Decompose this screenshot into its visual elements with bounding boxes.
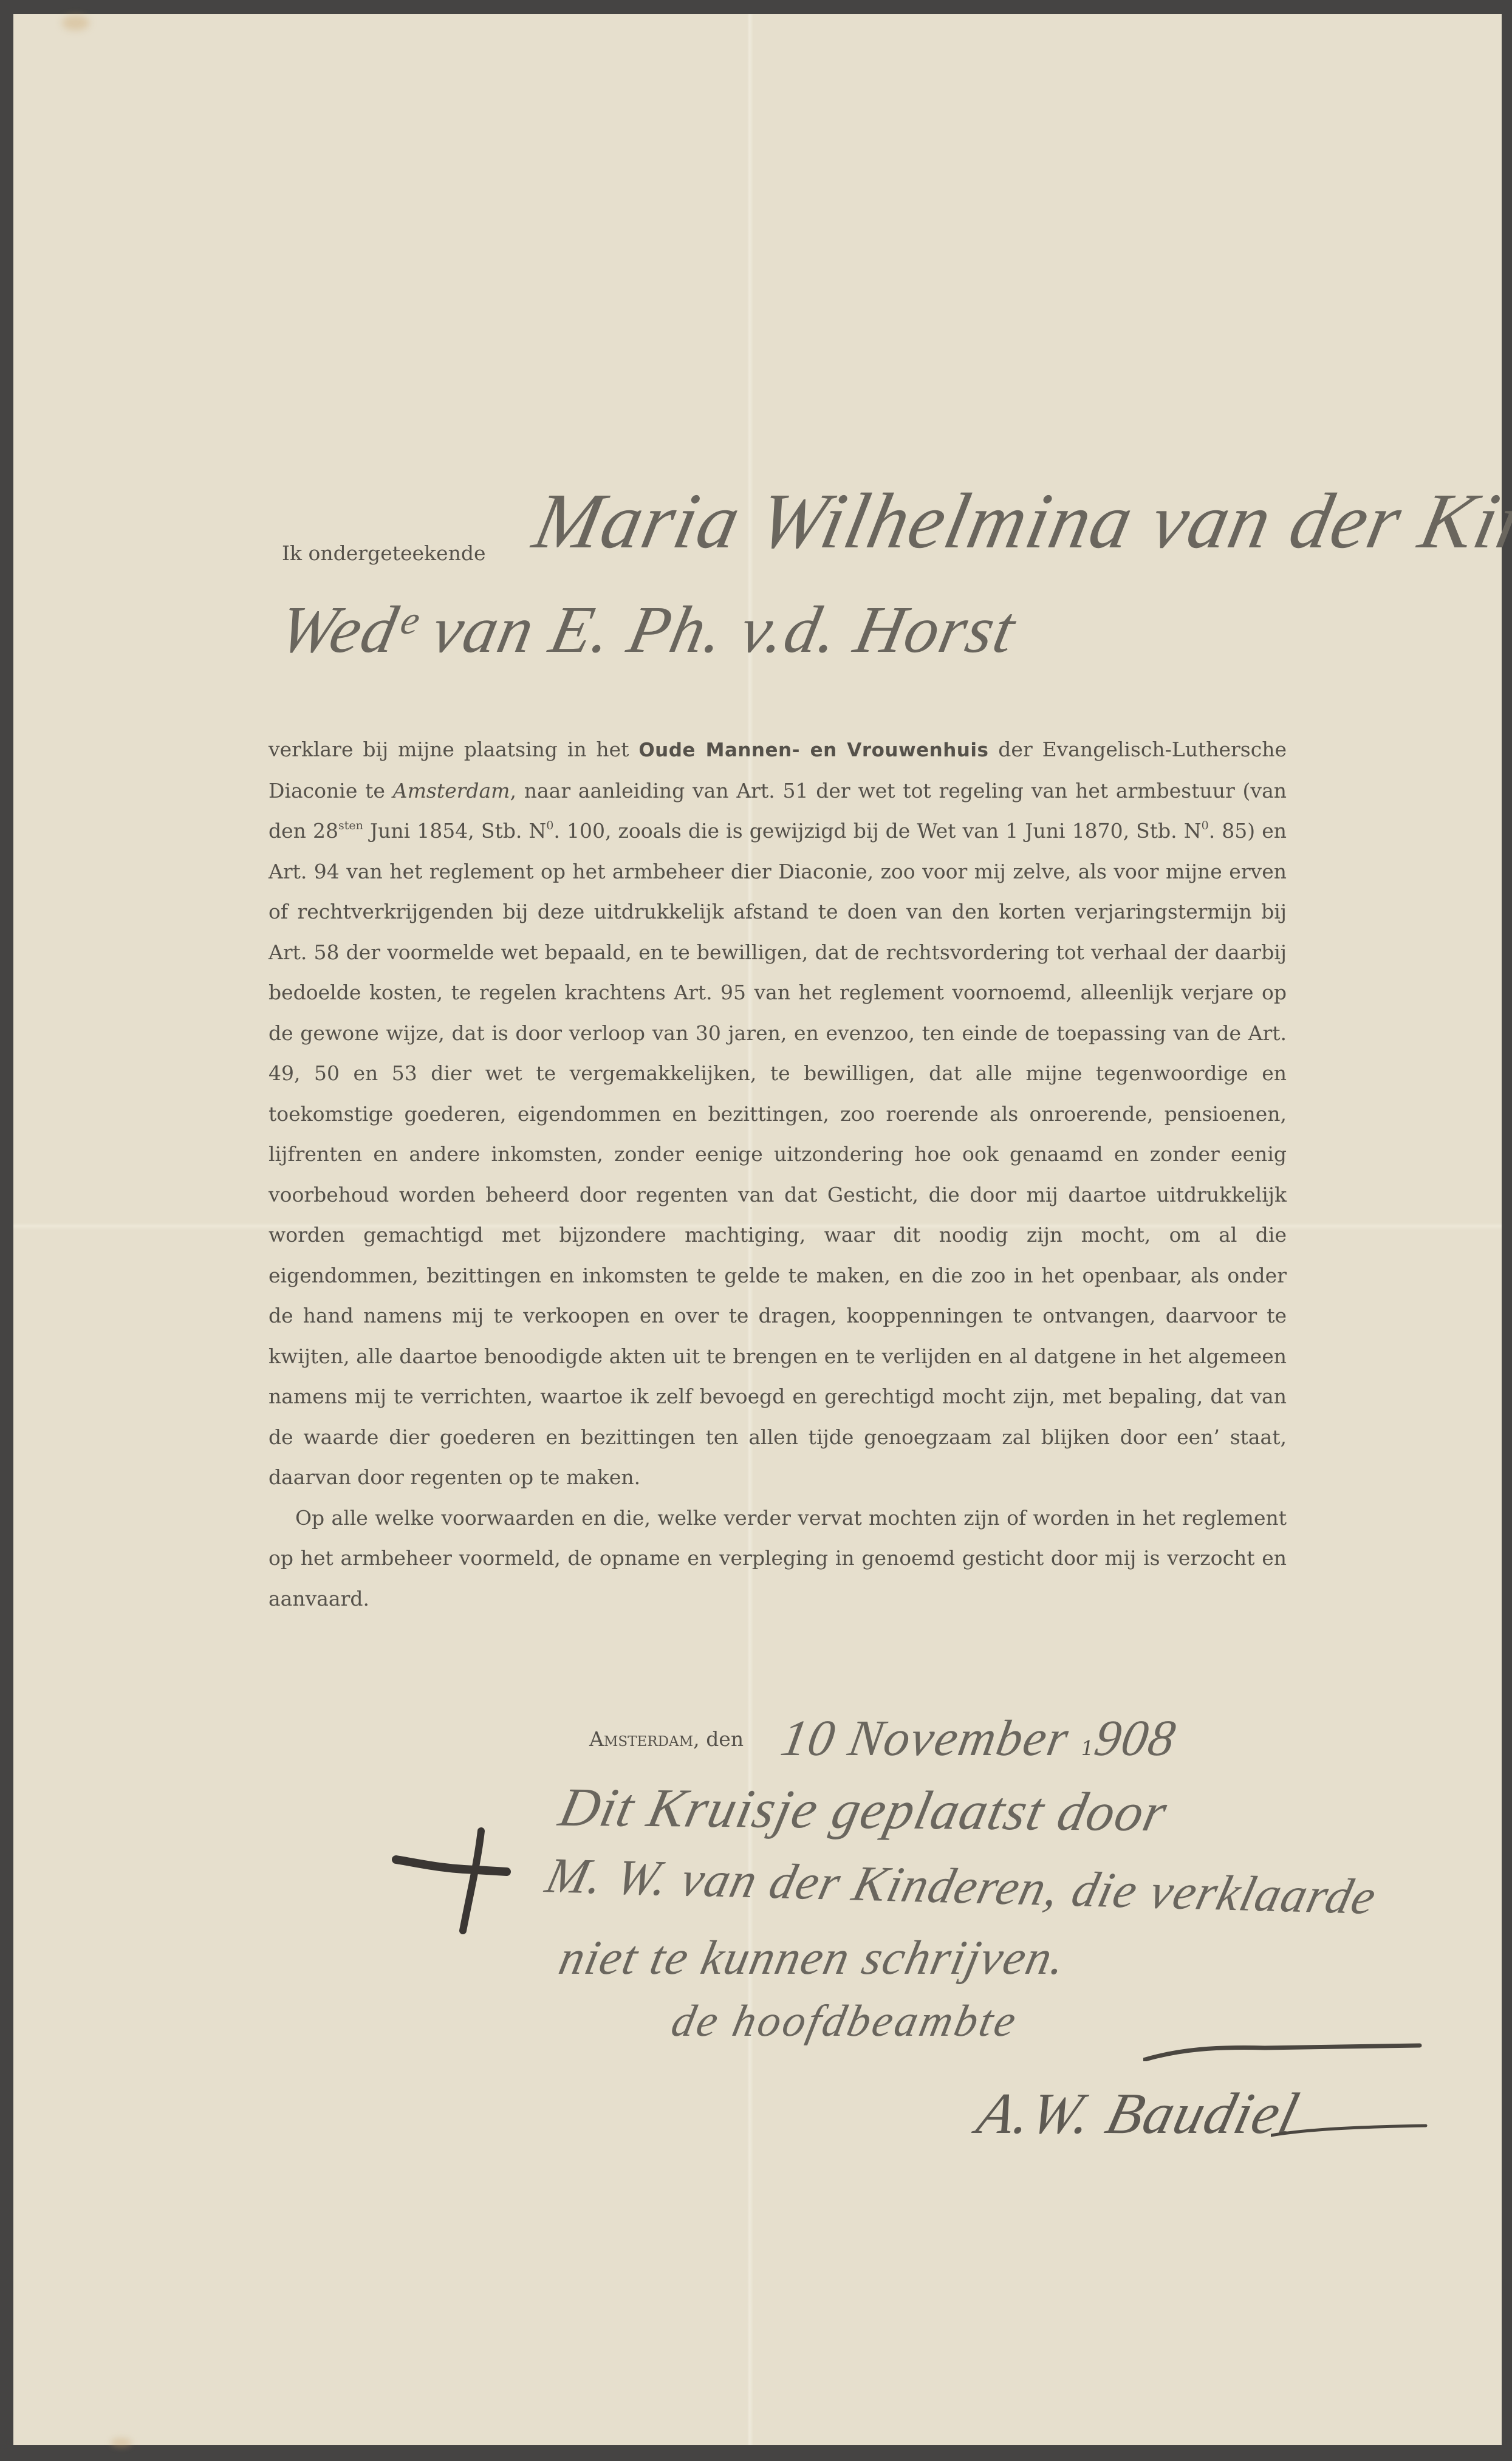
date-text: 10 November bbox=[777, 1710, 1074, 1767]
text: . 85) en Art. 94 van het reglement op he… bbox=[269, 819, 1287, 1489]
cross-mark-icon bbox=[391, 1826, 513, 1936]
handwritten-widow-line: Wedᵉ van E. Ph. v.d. Horst bbox=[273, 591, 1023, 668]
official-signature: A.W. Baudiel bbox=[971, 2079, 1306, 2147]
paragraph-1: verklare bij mijne plaatsing in het Oude… bbox=[269, 730, 1287, 1498]
date-line: Amsterdam, den bbox=[589, 1727, 744, 1751]
paragraph-2: Op alle welke voorwaarden en die, welke … bbox=[269, 1498, 1287, 1620]
text: verklare bij mijne plaatsing in het bbox=[269, 738, 638, 761]
signature-underline-icon bbox=[1271, 2122, 1429, 2140]
year-handwritten: 908 bbox=[1090, 1710, 1180, 1767]
superscript: sten bbox=[338, 819, 363, 832]
place-label: Amsterdam, bbox=[589, 1727, 700, 1751]
annotation-line-3: niet te kunnen schrijven. bbox=[554, 1931, 1071, 1986]
handwritten-date: 10 November 1908 bbox=[776, 1709, 1180, 1768]
signature-flourish-icon bbox=[1143, 2043, 1423, 2061]
annotation-line-4: de hoofdbeambte bbox=[667, 1996, 1023, 2047]
annotation-line-1: Dit Kruisje geplaatst door bbox=[554, 1776, 1174, 1844]
institution-name: Oude Mannen- en Vrouwenhuis bbox=[638, 739, 988, 761]
intro-label: Ik ondergeteekende bbox=[282, 541, 485, 565]
declaration-body: verklare bij mijne plaatsing in het Oude… bbox=[269, 730, 1287, 1619]
text: . 100, zooals die is gewijzigd bij de We… bbox=[553, 819, 1201, 843]
text: Juni 1854, Stb. N bbox=[363, 819, 546, 843]
document-page: Ik ondergeteekende Maria Wilhelmina van … bbox=[13, 14, 1502, 2445]
paper-stain bbox=[62, 15, 89, 30]
annotation-line-2: M. W. van der Kinderen, die verklaarde bbox=[541, 1847, 1383, 1926]
superscript: 0 bbox=[546, 819, 553, 832]
city-name: Amsterdam bbox=[393, 779, 510, 803]
superscript: 0 bbox=[1202, 819, 1209, 832]
den-label: den bbox=[706, 1727, 744, 1751]
paper-stain bbox=[111, 2438, 132, 2448]
handwritten-name: Maria Wilhelmina van der Kinderen bbox=[526, 476, 1512, 567]
